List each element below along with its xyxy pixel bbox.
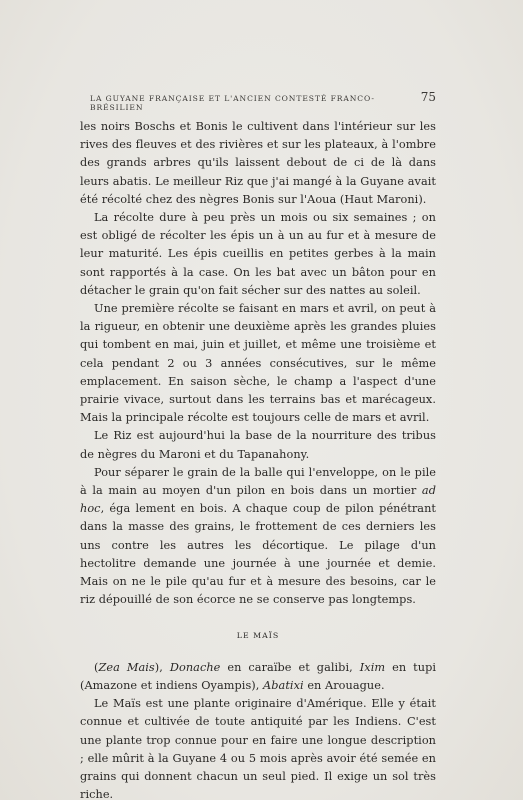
section-intro: (Zea Mais), Donache en caraïbe et galibi…	[80, 659, 436, 695]
intro-italic: Abatixi	[263, 679, 304, 692]
page-number: 75	[421, 90, 436, 104]
section-paragraph-1: Le Maïs est une plante originaire d'Amér…	[80, 695, 436, 800]
paragraph-5-text-end: , éga lement en bois. A chaque coup de p…	[80, 502, 436, 606]
paragraph-1: les noirs Boschs et Bonis le cultivent d…	[80, 118, 436, 209]
intro-italic: Ixim	[360, 661, 385, 674]
intro-italic: Zea Mais	[98, 661, 154, 674]
running-header: LA GUYANE FRANÇAISE ET L'ANCIEN CONTESTÉ…	[90, 90, 436, 112]
body-text: les noirs Boschs et Bonis le cultivent d…	[80, 118, 436, 800]
paragraph-5-text: Pour séparer le grain de la balle qui l'…	[80, 466, 436, 497]
paragraph-5: Pour séparer le grain de la balle qui l'…	[80, 464, 436, 610]
paragraph-3: Une première récolte se faisant en mars …	[80, 300, 436, 427]
paragraph-4: Le Riz est aujourd'hui la base de la nou…	[80, 427, 436, 463]
book-page: LA GUYANE FRANÇAISE ET L'ANCIEN CONTESTÉ…	[0, 0, 523, 800]
intro-text: en caraïbe et galibi,	[220, 661, 359, 674]
section-title: LE MAÏS	[80, 627, 436, 645]
intro-italic: Donache	[170, 661, 221, 674]
intro-text: ),	[155, 661, 170, 674]
paragraph-2: La récolte dure à peu près un mois ou si…	[80, 209, 436, 300]
running-title: LA GUYANE FRANÇAISE ET L'ANCIEN CONTESTÉ…	[90, 94, 421, 112]
intro-text: en Arouague.	[304, 679, 385, 692]
